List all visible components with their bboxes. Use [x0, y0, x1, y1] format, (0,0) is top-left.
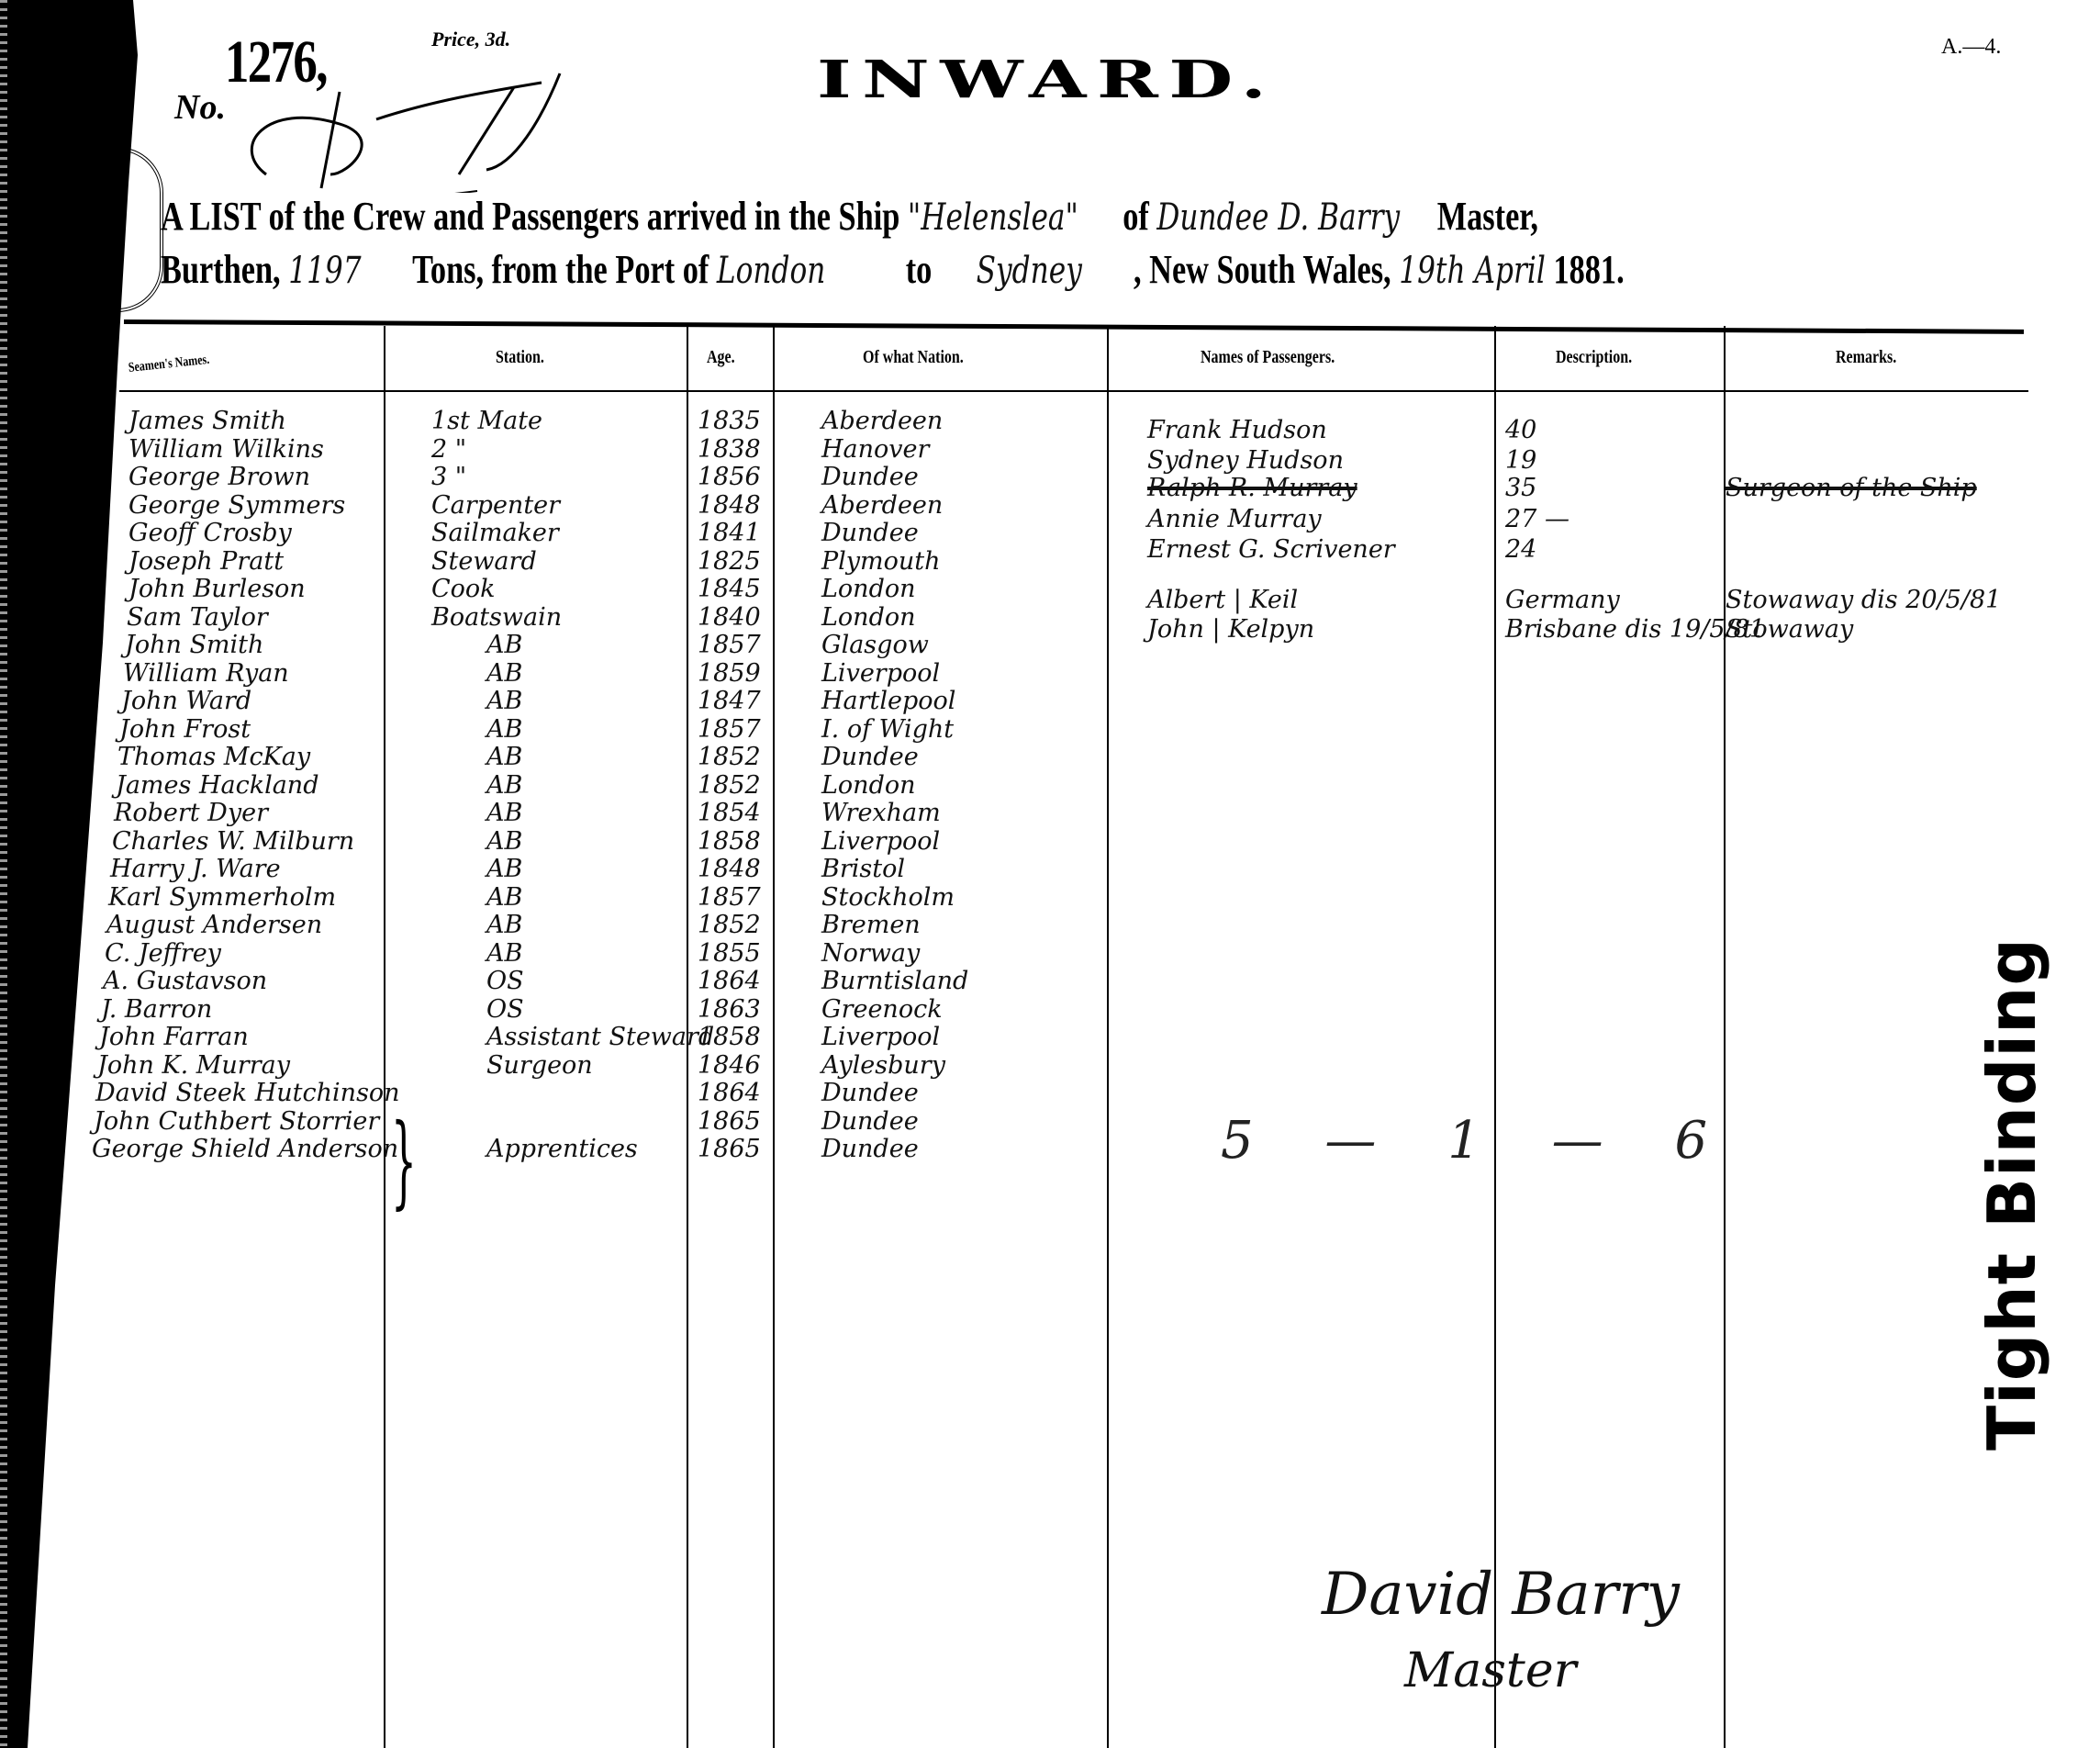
passenger-name: Albert | Keil [1147, 588, 1298, 612]
passenger-totals: 5 — 1 — 6 [1221, 1111, 1735, 1171]
crew-nation: Dundee [821, 521, 919, 545]
crew-nation: Liverpool [821, 1025, 940, 1049]
crew-age: 1857 [698, 885, 761, 910]
crew-station: AB [486, 941, 522, 966]
crew-nation: London [821, 605, 916, 630]
column-divider [773, 326, 775, 1748]
table-top-rule [124, 319, 2024, 334]
crew-name: Harry J. Ware [110, 857, 281, 881]
crew-station: Boatswain [431, 605, 562, 630]
passenger-remarks: Surgeon of the Ship [1726, 476, 1977, 500]
passenger-name: John | Kelpyn [1147, 617, 1314, 642]
crew-station: AB [486, 773, 522, 798]
crew-age: 1855 [698, 941, 761, 966]
crew-station: 1st Mate [431, 409, 542, 433]
column-divider [1494, 326, 1496, 1748]
passenger-description: Germany [1505, 588, 1620, 612]
crew-station: AB [486, 717, 522, 742]
tight-binding-stamp: Tight Binding [1973, 937, 2050, 1451]
crew-name: John Farran [99, 1025, 249, 1049]
crew-nation: London [821, 577, 916, 601]
arrival-date: 19th April [1399, 250, 1546, 292]
master-title: Master [1404, 1643, 1576, 1698]
crew-nation: Glasgow [821, 633, 929, 657]
passenger-name: Ernest G. Scrivener [1147, 537, 1395, 562]
crew-name: John K. Murray [97, 1053, 290, 1078]
crew-age: 1845 [698, 577, 761, 601]
crew-nation: London [821, 773, 916, 798]
crew-name: Joseph Pratt [128, 549, 284, 574]
initials-flourish [211, 37, 597, 193]
crew-age: 1865 [698, 1109, 761, 1134]
crew-age: 1852 [698, 913, 761, 937]
crew-station: 2 " [431, 437, 466, 462]
heading-line-2: Burthen, 1197 Tons, from the Port of Lon… [161, 246, 1625, 293]
crew-name: Robert Dyer [114, 801, 268, 825]
crew-station: AB [486, 801, 522, 825]
crew-nation: Burntisland [821, 969, 968, 993]
apprentices-bracket: } [391, 1102, 417, 1219]
crew-nation: Liverpool [821, 829, 940, 854]
crew-age: 1835 [698, 409, 761, 433]
crew-age: 1856 [698, 465, 761, 489]
crew-nation: Hartlepool [821, 689, 955, 713]
passenger-description: 35 [1505, 476, 1536, 500]
column-header-nation: Of what Nation. [863, 347, 964, 368]
crew-age: 1858 [698, 829, 761, 854]
crew-age: 1841 [698, 521, 761, 545]
crew-name: David Steek Hutchinson [95, 1081, 400, 1105]
crew-name: Sam Taylor [127, 605, 268, 630]
crew-station: Apprentices [486, 1137, 638, 1161]
crew-station: OS [486, 969, 524, 993]
passenger-name: Ralph R. Murray [1147, 476, 1357, 500]
crew-station: 3 " [431, 465, 466, 489]
heading-prefix: A LIST of the Crew and Passengers arrive… [161, 194, 899, 239]
crew-station: AB [486, 913, 522, 937]
passenger-name: Sydney Hudson [1147, 448, 1344, 473]
crew-station: Assistant Steward [486, 1025, 714, 1049]
crew-age: 1863 [698, 997, 761, 1022]
crew-age: 1864 [698, 1081, 761, 1105]
crew-station: Surgeon [486, 1053, 593, 1078]
crew-age: 1848 [698, 493, 761, 518]
crew-age: 1858 [698, 1025, 761, 1049]
crew-age: 1864 [698, 969, 761, 993]
column-header-remarks: Remarks. [1836, 347, 1896, 368]
crew-name: Geoff Crosby [128, 521, 292, 545]
burthen-label: Burthen, [161, 247, 281, 292]
crew-age: 1857 [698, 717, 761, 742]
crew-station: AB [486, 745, 522, 769]
passenger-description: 24 [1505, 537, 1536, 562]
crew-nation: Dundee [821, 1137, 919, 1161]
ship-name: "Helenslea" [908, 196, 1078, 239]
crew-age: 1838 [698, 437, 761, 462]
crew-name: Charles W. Milburn [112, 829, 354, 854]
tons-label: Tons, from the Port of [412, 247, 709, 292]
crew-name: William Wilkins [128, 437, 324, 462]
crew-nation: Greenock [821, 997, 943, 1022]
crew-nation: Aylesbury [821, 1053, 945, 1078]
crew-age: 1857 [698, 633, 761, 657]
master-label: Master, [1437, 194, 1538, 239]
binding-edge [0, 0, 7, 1748]
crew-station: AB [486, 885, 522, 910]
crew-nation: Stockholm [821, 885, 955, 910]
passenger-description: 27 — [1505, 507, 1569, 532]
crew-nation: Aberdeen [821, 493, 943, 518]
crew-age: 1848 [698, 857, 761, 881]
crew-nation: Dundee [821, 1109, 919, 1134]
column-header-description: Description. [1556, 347, 1632, 368]
passenger-description: 19 [1505, 448, 1536, 473]
passenger-remarks: Stowaway [1726, 617, 1853, 642]
crew-station: Steward [431, 549, 537, 574]
crew-name: Thomas McKay [117, 745, 310, 769]
crew-age: 1865 [698, 1137, 761, 1161]
passenger-remarks: Stowaway dis 20/5/81 [1726, 588, 2001, 612]
crew-name: John Smith [125, 633, 263, 657]
crew-station: AB [486, 829, 522, 854]
crew-nation: Dundee [821, 1081, 919, 1105]
from-port: London [717, 250, 825, 292]
home-port-master: Dundee D. Barry [1156, 196, 1400, 239]
column-header-age: Age. [707, 347, 735, 368]
column-header-station: Station. [496, 347, 544, 368]
crew-station: AB [486, 689, 522, 713]
crew-station: AB [486, 633, 522, 657]
crew-nation: Norway [821, 941, 920, 966]
heading-line-1: A LIST of the Crew and Passengers arrive… [161, 193, 1538, 240]
crew-name: C. Jeffrey [105, 941, 221, 966]
to-label: to [906, 247, 933, 292]
crew-station: OS [486, 997, 524, 1022]
crew-age: 1859 [698, 661, 761, 686]
crew-nation: Dundee [821, 745, 919, 769]
column-divider [1724, 326, 1726, 1748]
crew-nation: Bremen [821, 913, 921, 937]
crew-nation: Aberdeen [821, 409, 943, 433]
crew-nation: Wrexham [821, 801, 941, 825]
crew-name: George Shield Anderson [92, 1137, 398, 1161]
crew-age: 1825 [698, 549, 761, 574]
crew-age: 1847 [698, 689, 761, 713]
of-label: of [1123, 194, 1149, 239]
passenger-description: 40 [1505, 418, 1536, 443]
crew-age: 1852 [698, 773, 761, 798]
nsw-label: , New South Wales, [1134, 247, 1391, 292]
crew-name: J. Barron [101, 997, 212, 1022]
crew-name: William Ryan [123, 661, 289, 686]
form-code: A.—4. [1941, 35, 2001, 60]
crew-nation: I. of Wight [821, 717, 954, 742]
crew-name: John Burleson [128, 577, 306, 601]
crew-name: James Hackland [116, 773, 318, 798]
crew-name: A. Gustavson [103, 969, 267, 993]
column-header-passengers: Names of Passengers. [1201, 347, 1335, 368]
crew-station: Carpenter [431, 493, 560, 518]
column-divider [384, 326, 385, 1748]
crew-age: 1854 [698, 801, 761, 825]
crew-station: AB [486, 661, 522, 686]
page-title: INWARD. [817, 49, 1277, 109]
seal-stamp [117, 147, 163, 312]
crew-name: August Andersen [106, 913, 322, 937]
crew-nation: Dundee [821, 465, 919, 489]
arrival-year: 1881. [1553, 247, 1624, 292]
crew-station: Cook [431, 577, 496, 601]
tons-value: 1197 [288, 250, 361, 292]
crew-nation: Liverpool [821, 661, 940, 686]
crew-age: 1846 [698, 1053, 761, 1078]
crew-nation: Bristol [821, 857, 905, 881]
column-divider [1107, 326, 1109, 1748]
crew-name: Karl Symmerholm [108, 885, 336, 910]
passenger-name: Annie Murray [1147, 507, 1322, 532]
passenger-name: Frank Hudson [1147, 418, 1327, 443]
column-header-seamen: Seamen's Names. [128, 353, 210, 376]
crew-nation: Plymouth [821, 549, 941, 574]
crew-age: 1852 [698, 745, 761, 769]
header-bottom-rule [119, 390, 2028, 392]
crew-name: John Cuthbert Storrier [94, 1109, 379, 1134]
crew-name: John Ward [121, 689, 251, 713]
crew-station: Sailmaker [431, 521, 559, 545]
crew-name: George Brown [128, 465, 310, 489]
crew-name: James Smith [128, 409, 286, 433]
crew-name: John Frost [119, 717, 251, 742]
to-port: Sydney [977, 250, 1082, 292]
crew-nation: Hanover [821, 437, 929, 462]
crew-name: George Symmers [128, 493, 345, 518]
crew-station: AB [486, 857, 522, 881]
crew-age: 1840 [698, 605, 761, 630]
master-signature: David Barry [1322, 1561, 1680, 1629]
